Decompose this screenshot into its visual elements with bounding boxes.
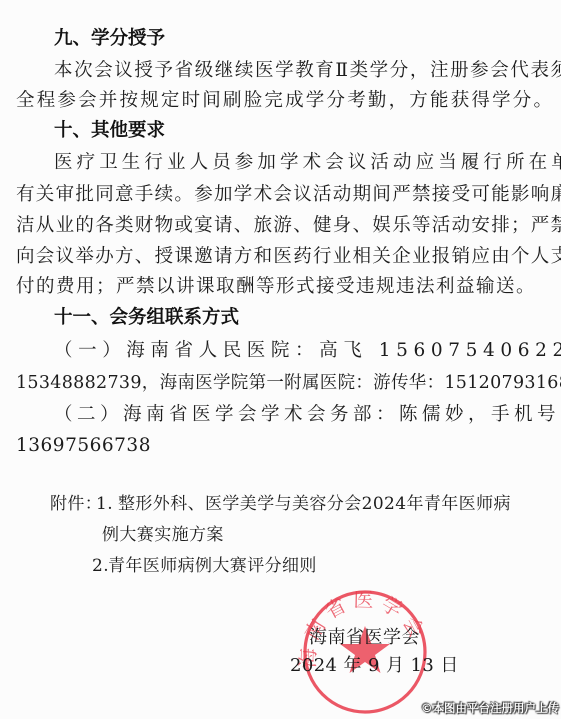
contact-line: （二）海南省医学会学术会务部：陈儒妙，手机号：	[54, 404, 561, 426]
contact-line: （一）海南省人民医院：高飞 15607540622，孙玲	[54, 340, 561, 362]
section-heading-contacts: 十一、会务组联系方式	[54, 307, 239, 329]
official-seal-stamp: 海南省医学会	[296, 588, 434, 716]
signature-organization: 海南省医学会	[309, 627, 420, 649]
signature-date: 2024 年 9 月 13 日	[290, 655, 459, 677]
paragraph-line: 有关审批同意手续。参加学术会议活动期间严禁接受可能影响廉	[16, 184, 561, 206]
attachment-number: 2.	[92, 555, 109, 577]
paragraph-line: 全程参会并按规定时间刷脸完成学分考勤，方能获得学分。	[16, 90, 554, 112]
contact-line: 15348882739，海南医学院第一附属医院：游传华：15120793168。	[16, 372, 561, 394]
attachments-label: 附件：	[50, 493, 102, 515]
paragraph-line: 付的费用；严禁以讲课取酬等形式接受违规违法利益输送。	[16, 276, 536, 298]
section-heading-other-requirements: 十、其他要求	[54, 120, 165, 142]
attachment-number: 1.	[96, 493, 113, 515]
paragraph-line: 医疗卫生行业人员参加学术会议活动应当履行所在单位的	[54, 152, 561, 174]
upload-watermark: ©本图由平台注册用户上传	[421, 700, 559, 716]
attachment-title-line: 例大赛实施方案	[102, 524, 224, 546]
paragraph-line: 本次会议授予省级继续医学教育Ⅱ类学分，注册参会代表须	[54, 60, 561, 82]
paragraph-line: 洁从业的各类财物或宴请、旅游、健身、娱乐等活动安排；严禁	[16, 215, 561, 237]
attachment-title-line: 整形外科、医学美学与美容分会2024年青年医师病	[118, 493, 511, 515]
contact-phone: 13697566738	[16, 435, 151, 457]
attachment-title-line: 青年医师病例大赛评分细则	[108, 555, 317, 577]
paragraph-line: 向会议举办方、授课邀请方和医药行业相关企业报销应由个人支	[16, 246, 561, 268]
section-heading-credits: 九、学分授予	[54, 28, 165, 50]
document-page: 九、学分授予 本次会议授予省级继续医学教育Ⅱ类学分，注册参会代表须 全程参会并按…	[0, 0, 561, 719]
